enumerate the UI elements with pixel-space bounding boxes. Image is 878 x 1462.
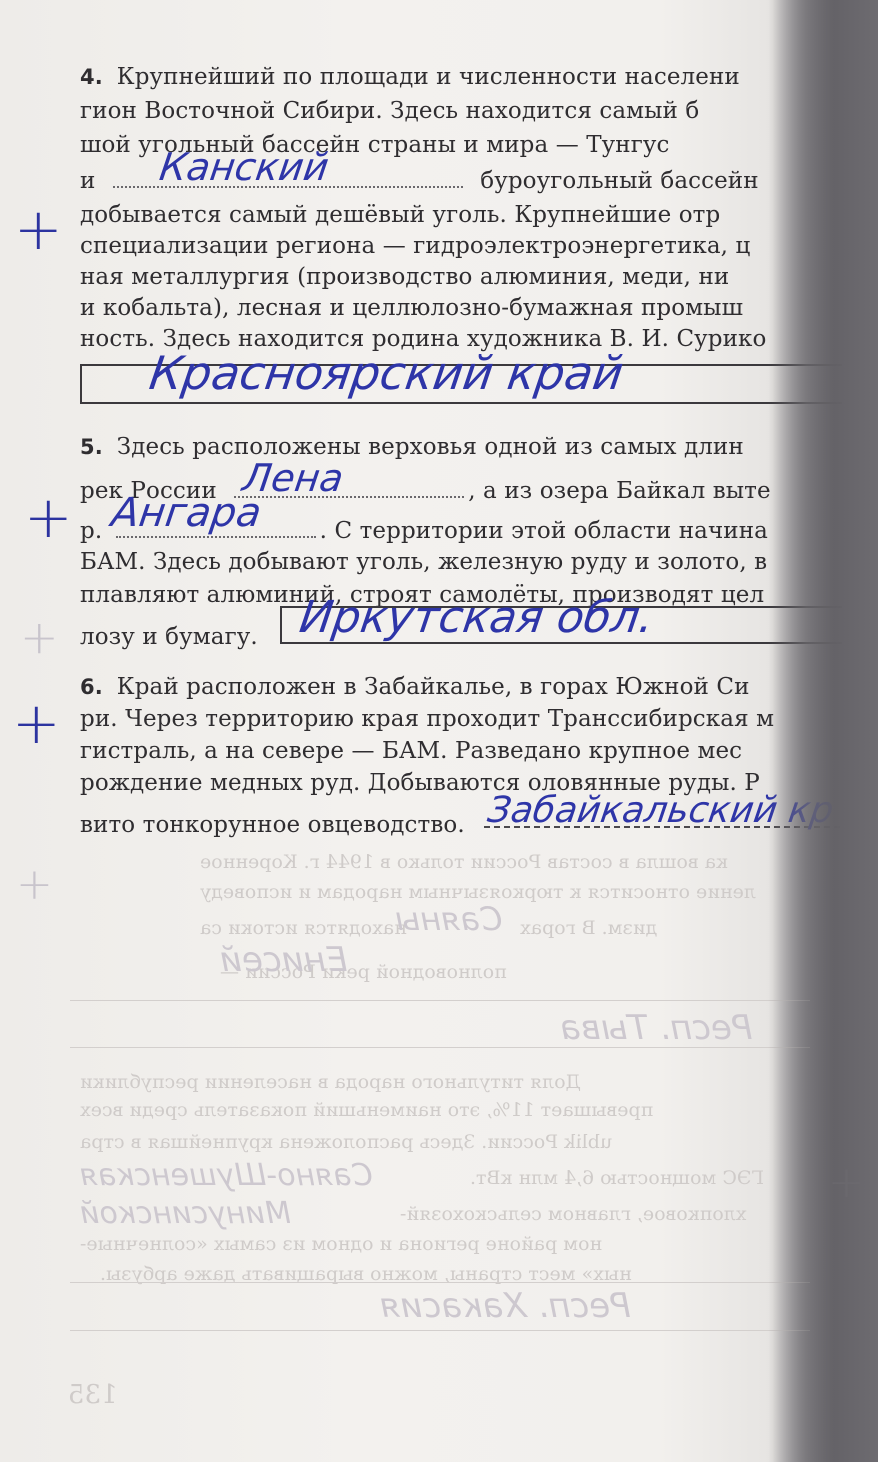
question-text-line: и кобальта), лесная и целлюлозно-бумажна… (80, 293, 743, 323)
bleed-rule (70, 1282, 810, 1283)
bleed-line: находятся истоки са (200, 916, 407, 940)
question-number: 4. (80, 65, 103, 89)
plus-icon: + (24, 488, 73, 546)
handwritten-answer: Иркутская обл. (296, 592, 657, 643)
bleed-rule (70, 1000, 810, 1001)
question-text-line: гион Восточной Сибири. Здесь находится с… (80, 96, 699, 126)
question-text-line: 5.Здесь расположены верховья одной из са… (80, 432, 744, 462)
bleed-rule (70, 1330, 810, 1331)
question-text-line: 4.Крупнейший по площади и численности на… (80, 62, 740, 92)
binding-shadow (768, 0, 878, 1462)
text-fragment: . С территории этой области начина (320, 518, 768, 544)
bleed-line: хлопковое, главном сельскохозяй- (400, 1202, 746, 1226)
bleed-line: превышает 11%, это наименьший показатель… (80, 1098, 653, 1122)
bleed-handwriting: Респ. Хакасия (380, 1286, 631, 1326)
text-fragment: и (80, 168, 95, 194)
bleed-page-number: 135 (68, 1380, 118, 1410)
bleed-handwriting: Енисей (220, 940, 348, 980)
text-fragment: р. (80, 518, 102, 544)
question-text-line: специализации региона — гидроэлектроэнер… (80, 231, 750, 261)
bleed-handwriting: Саяно-Шушенская (80, 1158, 373, 1193)
question-text-line: гистраль, а на севере — БАМ. Разведано к… (80, 736, 742, 766)
bleed-handwriting: Минусинской (80, 1196, 291, 1231)
bleed-line: ном районе региона и одном из самых «сол… (80, 1232, 602, 1256)
question-text-line: ри. Через территорию края проходит Транс… (80, 704, 774, 734)
workbook-page: ка вошла в состав России только в 1944 г… (0, 0, 878, 1462)
question-text-line: лозу и бумагу. (80, 622, 258, 652)
question-text-line: 6.Край расположен в Забайкалье, в горах … (80, 672, 750, 702)
bleed-line: ublik России. Здесь расположена крупнейш… (80, 1130, 612, 1154)
question-text-line: ная металлургия (производство алюминия, … (80, 262, 729, 292)
plus-icon: + (14, 200, 63, 258)
question-number: 5. (80, 435, 103, 459)
bleed-handwriting: Респ. Тыва (560, 1008, 752, 1048)
bleed-plus-icon: + (16, 856, 53, 914)
text-fragment: буроугольный бассейн (480, 168, 758, 194)
question-text-line: вито тонкорунное овцеводство. (80, 810, 465, 840)
text-fragment: , а из озера Байкал выте (468, 478, 771, 504)
question-text-line: БАМ. Здесь добывают уголь, железную руду… (80, 547, 767, 577)
handwritten-answer: Красноярский край (146, 346, 627, 400)
bleed-line: ГЭС мощностью 6,4 млн кВт. (470, 1166, 764, 1190)
question-number: 6. (80, 675, 103, 699)
question-text-line: добывается самый дешёвый уголь. Крупнейш… (80, 200, 720, 230)
bleed-line: ка вошла в состав России только в 1944 г… (200, 850, 728, 874)
bleed-handwriting: Саяны (395, 900, 502, 938)
handwritten-answer: Ангара (109, 490, 264, 536)
text-fragment: Крупнейший по площади и численности насе… (117, 64, 740, 90)
bleed-plus-icon: + (20, 608, 59, 666)
bleed-line: дизм. В горах (520, 916, 657, 940)
text-fragment: Край расположен в Забайкалье, в горах Юж… (117, 674, 750, 700)
handwritten-answer: Канский (157, 145, 332, 189)
bleed-line: Доля титульного народа в населении респу… (80, 1070, 581, 1094)
text-fragment: Здесь расположены верховья одной из самы… (117, 434, 744, 460)
plus-icon: + (12, 694, 61, 752)
